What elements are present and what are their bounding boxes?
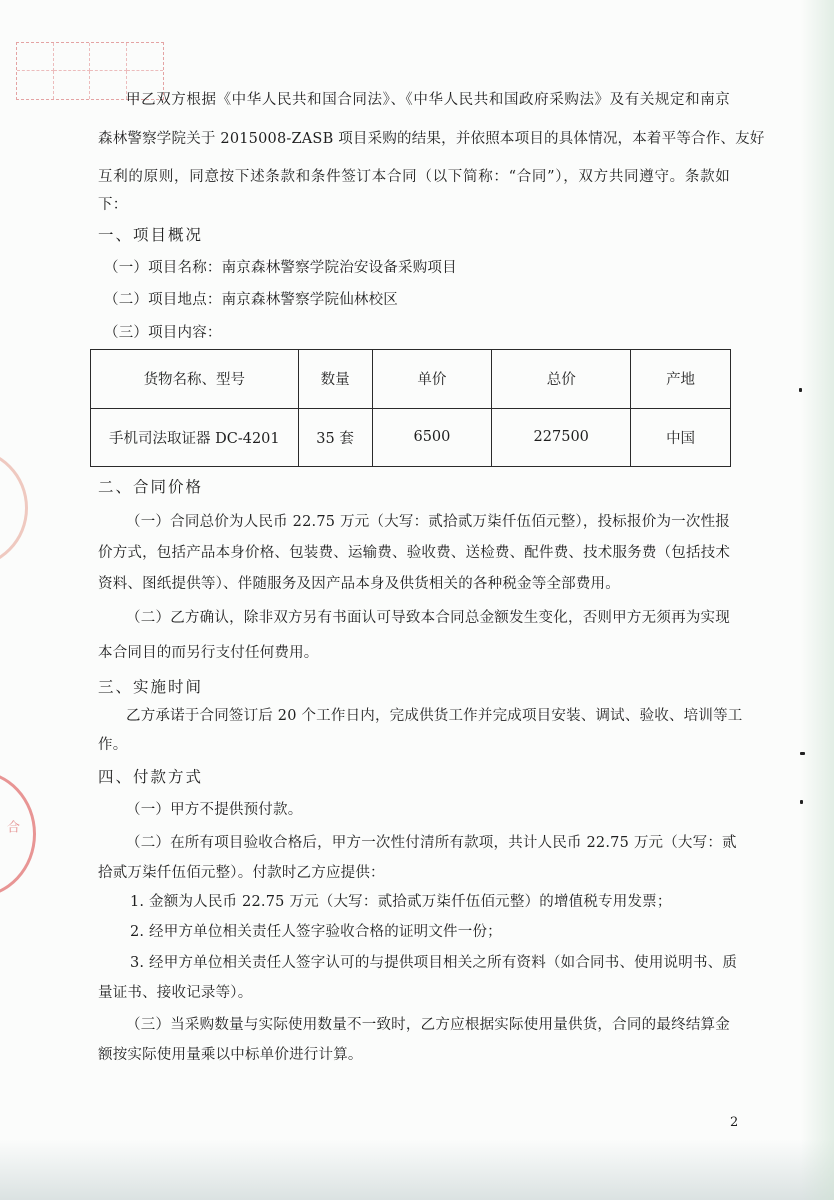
- cell-quantity: 35 套: [298, 408, 372, 467]
- price-para1-line-3: 资料、图纸提供等）、伴随服务及因产品本身及供货相关的各种税金等全部费用。: [98, 574, 620, 594]
- cell-total-price: 227500: [492, 408, 631, 467]
- implementation-line-2: 作。: [98, 735, 127, 755]
- project-content-label: （三）项目内容：: [104, 323, 222, 343]
- header-total-price: 总价: [492, 350, 631, 409]
- cell-unit-price: 6500: [372, 408, 492, 467]
- section-heading-contract-price: 二、合同价格: [98, 477, 203, 497]
- payment-item-2: 2. 经甲方单位相关责任人签字验收合格的证明文件一份；: [130, 922, 502, 942]
- price-para1-line-2: 价方式，包括产品本身价格、包装费、运输费、验收费、送检费、配件费、技术服务费（包…: [98, 543, 730, 563]
- cell-origin: 中国: [631, 408, 731, 467]
- payment-item-3-line-2: 量证书、接收记录等）。: [98, 983, 252, 1003]
- section-heading-project-overview: 一、项目概况: [98, 225, 203, 245]
- price-para2-line-1: （二）乙方确认，除非双方另有书面认可导致本合同总金额发生变化，否则甲方无须再为实…: [98, 608, 730, 628]
- payment-para3-line-2: 额按实际使用量乘以中标单价进行计算。: [98, 1045, 363, 1065]
- red-seal-stamp-top: [0, 448, 28, 568]
- goods-table: 货物名称、型号 数量 单价 总价 产地 手机司法取证器 DC-4201 35 套…: [90, 349, 731, 467]
- intro-line-1: 甲乙双方根据《中华人民共和国合同法》、《中华人民共和国政府采购法》及有关规定和南…: [98, 90, 730, 110]
- payment-item-1: 1. 金额为人民币 22.75 万元（大写：贰拾贰万柒仟伍佰元整）的增值税专用发…: [130, 892, 672, 912]
- section-heading-implementation-time: 三、实施时间: [98, 677, 203, 697]
- scan-speck: [799, 388, 802, 392]
- project-location: （二）项目地点：南京森林警察学院仙林校区: [104, 290, 398, 310]
- header-origin: 产地: [631, 350, 731, 409]
- table-header-row: 货物名称、型号 数量 单价 总价 产地: [91, 350, 731, 409]
- header-unit-price: 单价: [372, 350, 492, 409]
- intro-line-4: 下：: [98, 195, 127, 215]
- table-row: 手机司法取证器 DC-4201 35 套 6500 227500 中国: [91, 408, 731, 467]
- price-para2-line-2: 本合同目的而另行支付任何费用。: [98, 643, 319, 663]
- section-heading-payment-method: 四、付款方式: [98, 767, 203, 787]
- header-goods-name: 货物名称、型号: [91, 350, 299, 409]
- project-name: （一）项目名称：南京森林警察学院治安设备采购项目: [104, 258, 457, 278]
- payment-item-3-line-1: 3. 经甲方单位相关责任人签字认可的与提供项目相关之所有资料（如合同书、使用说明…: [98, 953, 730, 973]
- payment-para3-line-1: （三）当采购数量与实际使用数量不一致时，乙方应根据实际使用量供货，合同的最终结算…: [98, 1015, 730, 1035]
- seal-text: 合: [2, 820, 21, 835]
- cell-goods-name: 手机司法取证器 DC-4201: [91, 408, 299, 467]
- payment-para2-line-1: （二）在所有项目验收合格后，甲方一次性付清所有款项，共计人民币 22.75 万元…: [98, 833, 730, 853]
- header-quantity: 数量: [298, 350, 372, 409]
- scan-speck: [800, 752, 805, 755]
- implementation-line-1: 乙方承诺于合同签订后 20 个工作日内，完成供货工作并完成项目安装、调试、验收、…: [98, 706, 730, 726]
- page-number: 2: [730, 1115, 738, 1130]
- intro-line-2: 森林警察学院关于 2015008-ZASB 项目采购的结果，并依照本项目的具体情…: [98, 129, 730, 149]
- payment-para1: （一）甲方不提供预付款。: [126, 800, 302, 820]
- price-para1-line-1: （一）合同总价为人民币 22.75 万元（大写：贰拾贰万柒仟伍佰元整），投标报价…: [98, 512, 730, 532]
- payment-para2-line-2: 拾贰万柒仟伍佰元整）。付款时乙方应提供：: [98, 863, 385, 883]
- scan-speck: [800, 800, 803, 804]
- intro-line-3: 互利的原则，同意按下述条款和条件签订本合同（以下简称：“合同”），双方共同遵守。…: [98, 167, 730, 187]
